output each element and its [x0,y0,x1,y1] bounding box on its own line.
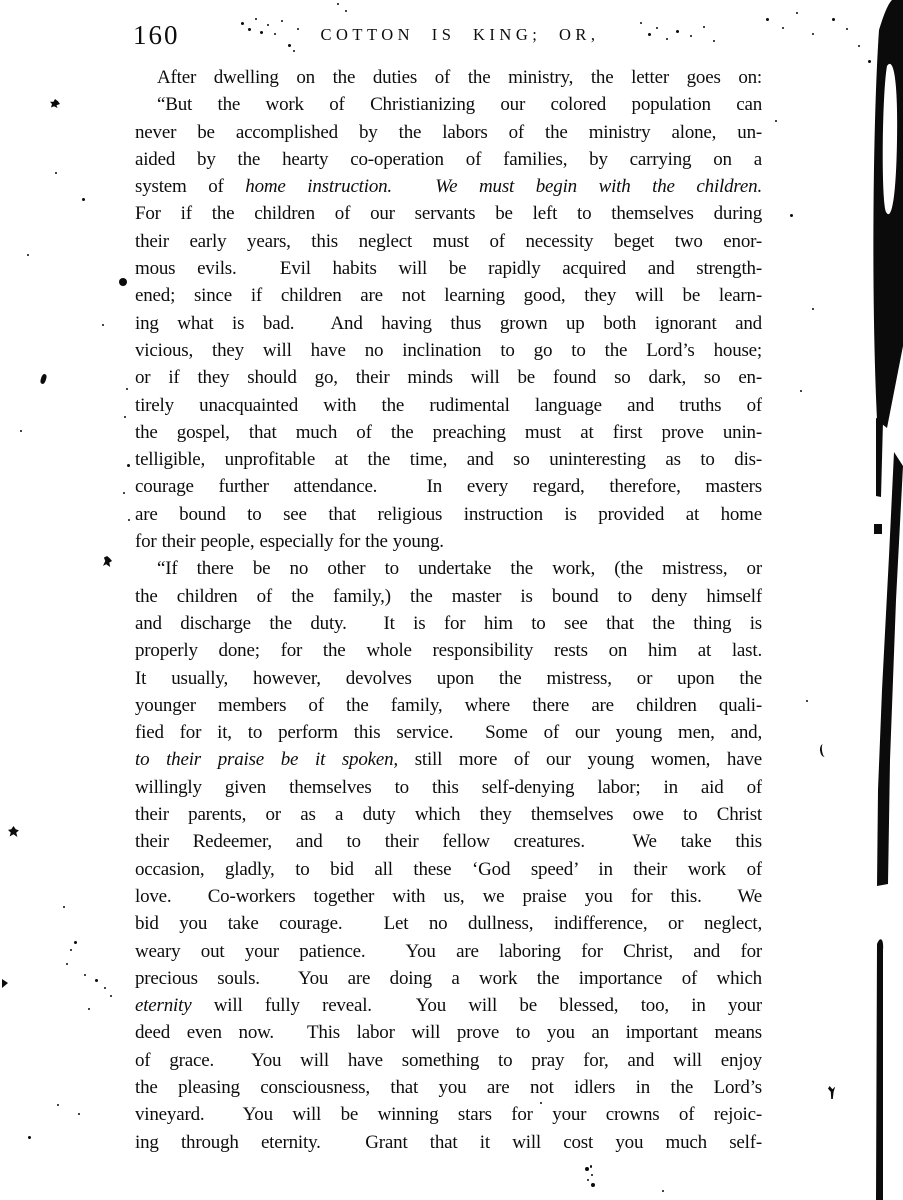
text-line: bid you take courage. Let no dullness, i… [135,910,762,937]
text-line: are bound to see that religious instruct… [135,501,762,528]
ink-speck [50,99,60,108]
text-line: their early years, this neglect must of … [135,228,762,255]
book-page: 160 COTTON IS KING; OR, After dwelling o… [0,0,903,1200]
ink-speck [55,172,57,174]
ink-speck [119,278,127,286]
text-line: ing what is bad. And having thus grown u… [135,310,762,337]
text-line: mous evils. Evil habits will be rapidly … [135,255,762,282]
ink-speck [782,27,784,29]
text-line: It usually, however, devolves upon the m… [135,665,762,692]
ink-speck [766,18,769,21]
ink-speck [281,20,283,22]
text-line: the pleasing consciousness, that you are… [135,1074,762,1101]
ink-speck [288,44,291,47]
ink-speck [858,45,860,47]
ink-speck [248,28,251,31]
ink-speck [690,35,692,37]
ink-speck [260,31,263,34]
text-line: tirely unacquainted with the rudimental … [135,392,762,419]
ink-speck [88,1008,90,1010]
ink-speck [66,963,68,965]
ink-speck [297,28,299,30]
text-line: or if they should go, their minds will b… [135,364,762,391]
text-line: precious souls. You are doing a work the… [135,965,762,992]
ink-speck [40,373,48,384]
ink-speck [337,3,339,5]
text-line: fied for it, to perform this service. So… [135,719,762,746]
ink-speck [676,30,679,33]
ink-speck [20,430,22,432]
ink-speck [806,700,808,702]
text-line: for their people, especially for the you… [135,528,762,555]
ink-speck [95,979,98,982]
text-line: and discharge the duty. It is for him to… [135,610,762,637]
text-line: telligible, unprofitable at the time, an… [135,446,762,473]
ink-speck [796,12,798,14]
ink-speck [274,33,276,35]
ink-speck [63,906,65,908]
ink-speck [123,492,125,494]
ink-speck [28,1136,31,1139]
ink-speck [126,388,128,390]
ink-speck [828,1086,836,1099]
ink-speck [868,60,871,63]
ink-speck [2,979,8,988]
text-block: After dwelling on the duties of the mini… [135,64,762,1156]
text-line: After dwelling on the duties of the mini… [135,64,762,91]
text-line: properly done; for the whole responsibil… [135,637,762,664]
ink-speck [662,1190,664,1192]
text-line: For if the children of our servants be l… [135,200,762,227]
text-line: to their praise be it spoken, still more… [135,746,762,773]
ink-speck [703,26,705,28]
ink-speck [8,826,19,837]
text-line: their Redeemer, and to their fellow crea… [135,828,762,855]
text-line: weary out your patience. You are laborin… [135,938,762,965]
ink-speck [790,214,793,217]
ink-speck [128,519,130,521]
ink-speck [656,27,658,29]
ink-speck [666,38,668,40]
text-line: younger members of the family, where the… [135,692,762,719]
ink-speck [812,33,814,35]
text-line: the children of the family,) the master … [135,583,762,610]
text-line: “But the work of Christianizing our colo… [135,91,762,118]
text-line: “If there be no other to undertake the w… [135,555,762,582]
text-line: system of home instruction. We must begi… [135,173,762,200]
text-line: courage further attendance. In every reg… [135,473,762,500]
ink-speck [78,1113,80,1115]
ink-speck [540,1102,542,1104]
text-line: willingly given themselves to this self-… [135,774,762,801]
ink-speck [82,198,85,201]
ink-speck [812,308,814,310]
ink-speck [127,464,130,467]
text-line: aided by the hearty co-operation of fami… [135,146,762,173]
ink-speck [104,987,106,989]
text-line: vineyard. You will be winning stars for … [135,1101,762,1128]
ink-speck [27,254,29,256]
ink-speck [819,744,829,758]
ink-speck [832,18,835,21]
ink-speck [103,556,112,567]
ink-speck [102,324,104,326]
ink-speck [124,416,126,418]
ink-speck [846,28,848,30]
text-line: their parents, or as a duty which they t… [135,801,762,828]
text-line: the gospel, that much of the preaching m… [135,419,762,446]
ink-speck [293,50,295,52]
text-line: of grace. You will have something to pra… [135,1047,762,1074]
ink-speck [648,33,651,36]
ink-speck [84,974,86,976]
ink-speck [267,24,269,26]
text-line: eternity will fully reveal. You will be … [135,992,762,1019]
ink-speck [110,995,112,997]
ink-speck [800,390,802,392]
text-line: ened; since if children are not learning… [135,282,762,309]
text-line: vicious, they will have no inclination t… [135,337,762,364]
ink-speck [241,22,244,25]
ink-speck [70,949,72,951]
ink-smudge [583,1165,596,1187]
text-line: ing through eternity. Grant that it will… [135,1129,762,1156]
ink-speck [640,22,642,24]
text-line: occasion, gladly, to bid all these ‘God … [135,856,762,883]
text-line: love. Co-workers together with us, we pr… [135,883,762,910]
text-line: deed even now. This labor will prove to … [135,1019,762,1046]
ink-speck [74,941,77,944]
ink-speck [345,10,347,12]
ink-speck [775,120,777,122]
ink-speck [57,1104,59,1106]
ink-speck [713,40,715,42]
text-line: never be accomplished by the labors of t… [135,119,762,146]
ink-speck [255,18,257,20]
